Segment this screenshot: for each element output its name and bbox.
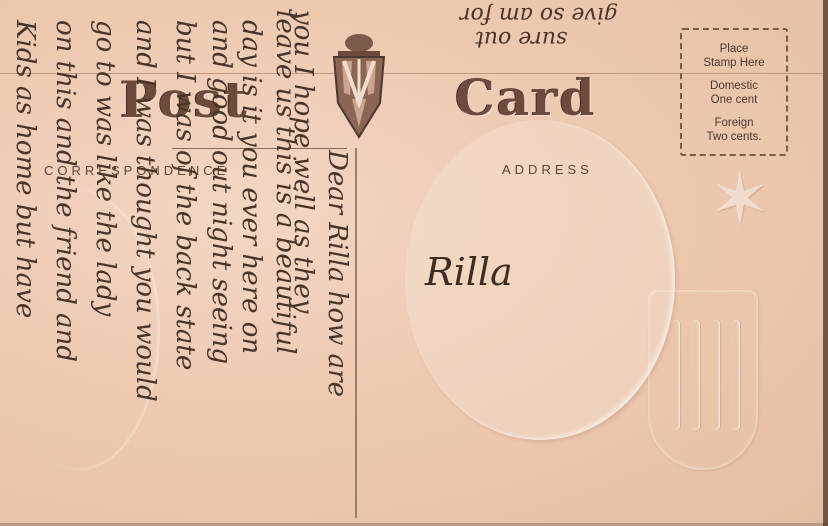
stamp-line: Domestic (682, 79, 786, 93)
postcard-back: ✶ Post Card CORRESPONDENCE ADDRESS Place… (0, 0, 828, 526)
message-line: leave us this is a beautiful (270, 10, 300, 354)
message-line: on this and the friend and (50, 20, 80, 362)
stamp-line: Stamp Here (682, 56, 786, 70)
stamp-box: Place Stamp Here Domestic One cent Forei… (680, 28, 788, 156)
embossed-star-icon: ✶ (700, 160, 780, 240)
message-line: Kids as home but have (10, 20, 40, 318)
title-card: Card (455, 68, 597, 127)
message-line: go to was like the lady (90, 20, 120, 316)
embossed-shield-icon (648, 290, 758, 470)
stamp-line: Place (682, 42, 786, 56)
upside-down-line: give so am for (460, 2, 618, 27)
publisher-logo-icon (330, 33, 388, 141)
vertical-divider (355, 148, 357, 518)
stamp-line: Two cents. (682, 130, 786, 144)
stamp-line: One cent (682, 93, 786, 107)
upside-down-line: sure out (475, 26, 567, 51)
message-line: Dear Rilla how are (322, 150, 352, 397)
stamp-line: Foreign (682, 116, 786, 130)
recipient-name: Rilla (425, 250, 513, 294)
message-line: and good out night seeing (206, 20, 236, 364)
message-line: but I was of the back state (170, 20, 200, 370)
message-line: and I was thought you would (130, 20, 160, 402)
address-label: ADDRESS (502, 162, 593, 177)
message-line: day is it you ever here on (236, 20, 266, 354)
